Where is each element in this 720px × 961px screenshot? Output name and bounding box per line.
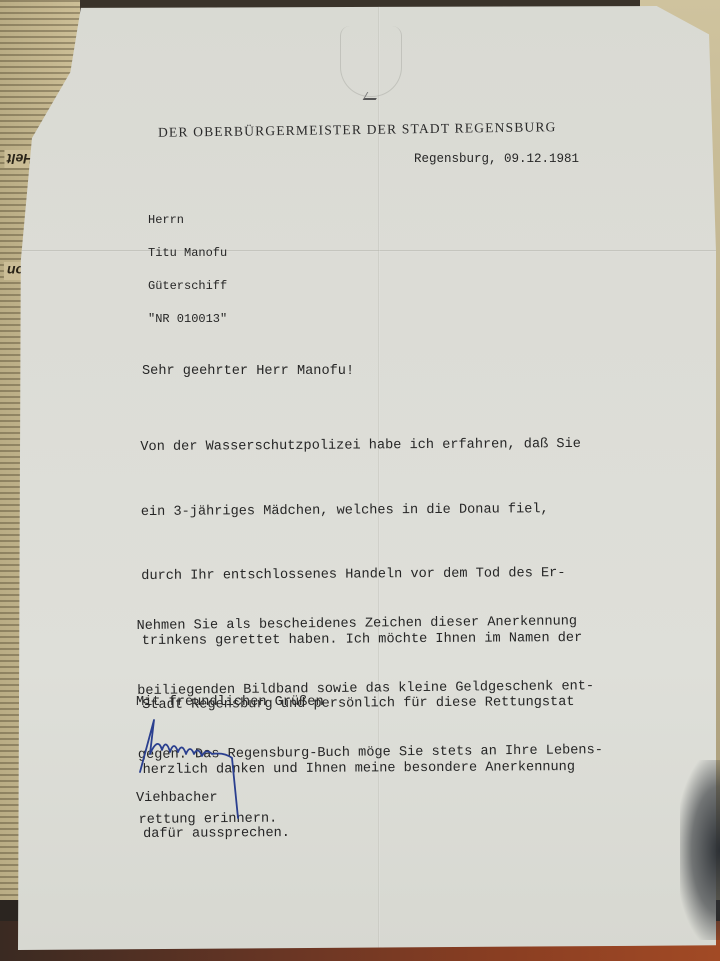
closing: Mit freundlichen Grüßen <box>136 692 324 714</box>
address-line: Herrn <box>148 215 227 226</box>
signer-name: Viehbacher <box>136 788 218 810</box>
paragraph-line: Von der Wasserschutzpolizei habe ich erf… <box>140 434 581 459</box>
date-line: Regensburg, 09.12.1981 <box>414 149 579 171</box>
shadow-right <box>680 760 720 940</box>
letterhead: Der Oberbürgermeister der Stadt Regensbu… <box>158 119 557 141</box>
address-line: Güterschiff <box>148 281 227 292</box>
address-line: Titu Manofu <box>148 248 227 259</box>
address-line: "NR 010013" <box>148 314 227 325</box>
embossed-seal-icon <box>340 26 402 97</box>
paragraph-line: ein 3-jähriges Mädchen, welches in die D… <box>141 498 582 523</box>
fold-line-horizontal <box>18 250 716 252</box>
recipient-address: Herrn Titu Manofu Güterschiff "NR 010013… <box>148 193 227 347</box>
letter-sheet: Der Oberbürgermeister der Stadt Regensbu… <box>18 6 716 950</box>
salutation: Sehr geehrter Herr Manofu! <box>142 361 354 383</box>
paragraph-line: Nehmen Sie als bescheidenes Zeichen dies… <box>136 611 601 637</box>
